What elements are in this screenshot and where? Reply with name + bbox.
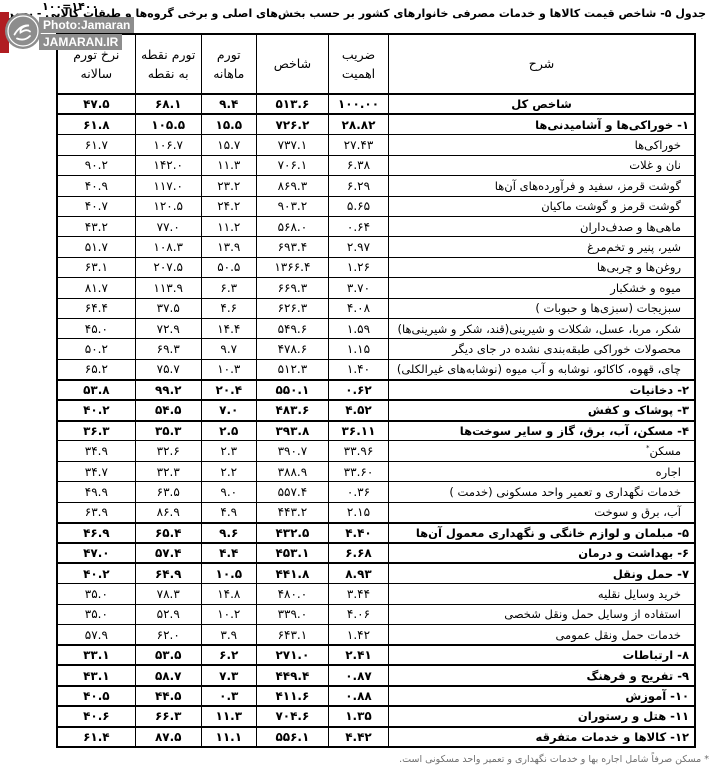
- cell-index: ۶۹۳.۴: [256, 237, 328, 257]
- cell-weight: ۰.۸۸: [328, 686, 388, 706]
- table-row: ۹- تفریح و فرهنگ۰.۸۷۴۴۹.۴۷.۳۵۸.۷۴۳.۱: [57, 665, 695, 685]
- table-row: ۵- مبلمان و لوازم خانگی و نگهداری معمول …: [57, 523, 695, 543]
- table-row: شکر، مربا، عسل، شکلات و شیرینی(قند، شکر …: [57, 318, 695, 338]
- row-label: خرید وسایل نقلیه: [389, 584, 695, 604]
- cell-annual-inflation-rate: ۴۳.۱: [57, 665, 135, 685]
- cell-monthly-inflation: ۱۱.۳: [201, 706, 256, 726]
- cell-point-to-point-inflation: ۱۴۲.۰: [135, 155, 201, 175]
- cell-monthly-inflation: ۶.۲: [201, 645, 256, 665]
- table-row: مسکن*۳۳.۹۶۳۹۰.۷۲.۳۳۲.۶۳۴.۹: [57, 441, 695, 461]
- cell-annual-inflation-rate: ۴۰.۲: [57, 400, 135, 420]
- cell-monthly-inflation: ۲.۳: [201, 441, 256, 461]
- cell-monthly-inflation: ۲۳.۲: [201, 176, 256, 196]
- cell-monthly-inflation: ۱۴.۴: [201, 318, 256, 338]
- row-label: روغن‌ها و چربی‌ها: [389, 257, 695, 277]
- cell-annual-inflation-rate: ۴۰.۲: [57, 563, 135, 583]
- cell-weight: ۱.۴۰: [328, 359, 388, 379]
- jamaran-logo-icon: [5, 13, 41, 49]
- cell-monthly-inflation: ۰.۳: [201, 686, 256, 706]
- row-label: شیر، پنیر و تخم‌مرغ: [389, 237, 695, 257]
- cell-weight: ۰.۶۴: [328, 216, 388, 236]
- housing-footnote: * مسکن صرفاً شامل اجاره بها و خدمات نگهد…: [399, 754, 709, 765]
- row-label: اجاره: [389, 461, 695, 481]
- table-row: خدمات نگهداری و تعمیر واحد مسکونی (خدمت …: [57, 482, 695, 502]
- cell-monthly-inflation: ۳.۹: [201, 625, 256, 645]
- cell-point-to-point-inflation: ۳۲.۳: [135, 461, 201, 481]
- cell-weight: ۳۶.۱۱: [328, 421, 388, 441]
- cell-weight: ۳۳.۹۶: [328, 441, 388, 461]
- cell-index: ۵۶۸.۰: [256, 216, 328, 236]
- header-point-to-point-inflation: تورم نقطه به نقطه: [135, 34, 201, 94]
- cell-point-to-point-inflation: ۳۷.۵: [135, 298, 201, 318]
- cell-monthly-inflation: ۶.۳: [201, 278, 256, 298]
- cell-weight: ۲۸.۸۲: [328, 114, 388, 134]
- cell-index: ۴۴۱.۸: [256, 563, 328, 583]
- cell-annual-inflation-rate: ۵۳.۸: [57, 380, 135, 400]
- table-header: شرح ضریب اهمیت شاخص تورم ماهانه تورم نقط…: [57, 34, 695, 94]
- cell-weight: ۵.۶۵: [328, 196, 388, 216]
- cell-point-to-point-inflation: ۷۵.۷: [135, 359, 201, 379]
- cell-weight: ۴.۴۲: [328, 727, 388, 747]
- row-label: استفاده از وسایل حمل ونقل شخصی: [389, 604, 695, 624]
- cell-index: ۲۷۱.۰: [256, 645, 328, 665]
- cell-annual-inflation-rate: ۴۷.۰: [57, 543, 135, 563]
- row-label: ۷- حمل ونقل: [389, 563, 695, 583]
- cell-annual-inflation-rate: ۴۰.۵: [57, 686, 135, 706]
- page: { "page": { "title": "جدول ۵- شاخص قیمت …: [0, 0, 717, 779]
- cell-weight: ۴.۴۰: [328, 523, 388, 543]
- cell-monthly-inflation: ۱۱.۱: [201, 727, 256, 747]
- cell-annual-inflation-rate: ۳۵.۰: [57, 584, 135, 604]
- cell-annual-inflation-rate: ۴۰.۷: [57, 196, 135, 216]
- cell-point-to-point-inflation: ۵۷.۴: [135, 543, 201, 563]
- cell-annual-inflation-rate: ۴۵.۰: [57, 318, 135, 338]
- base-year-note: ۱۴۰۰=۱۰۰: [42, 0, 98, 13]
- cell-weight: ۱.۳۵: [328, 706, 388, 726]
- cell-weight: ۳.۴۴: [328, 584, 388, 604]
- row-label: محصولات خوراکی طبقه‌بندی نشده در جای دیگ…: [389, 339, 695, 359]
- cell-annual-inflation-rate: ۴۰.۶: [57, 706, 135, 726]
- cell-annual-inflation-rate: ۶۱.۷: [57, 135, 135, 155]
- header-description: شرح: [389, 34, 695, 94]
- cell-point-to-point-inflation: ۶۴.۹: [135, 563, 201, 583]
- cell-monthly-inflation: ۱۱.۳: [201, 155, 256, 175]
- cell-index: ۳۹۰.۷: [256, 441, 328, 461]
- table-row: شاخص کل۱۰۰.۰۰۵۱۳.۶۹.۴۶۸.۱۴۷.۵: [57, 94, 695, 114]
- table-row: ۲- دخانیات۰.۶۲۵۵۰.۱۲۰.۴۹۹.۲۵۳.۸: [57, 380, 695, 400]
- cell-index: ۷۰۴.۶: [256, 706, 328, 726]
- row-label: ۳- پوشاک و کفش: [389, 400, 695, 420]
- watermark-photo-credit: Photo:Jamaran: [39, 17, 134, 33]
- cell-weight: ۱.۵۹: [328, 318, 388, 338]
- cell-weight: ۸.۹۳: [328, 563, 388, 583]
- cell-point-to-point-inflation: ۶۲.۰: [135, 625, 201, 645]
- cell-weight: ۶.۲۹: [328, 176, 388, 196]
- cell-point-to-point-inflation: ۶۶.۳: [135, 706, 201, 726]
- cell-point-to-point-inflation: ۵۳.۵: [135, 645, 201, 665]
- cell-index: ۴۱۱.۶: [256, 686, 328, 706]
- cell-monthly-inflation: ۷.۳: [201, 665, 256, 685]
- row-label: چای، قهوه، کاکائو، نوشابه و آب میوه (نوش…: [389, 359, 695, 379]
- cell-annual-inflation-rate: ۶۳.۱: [57, 257, 135, 277]
- row-label: ۱۰- آموزش: [389, 686, 695, 706]
- cell-index: ۵۵۰.۱: [256, 380, 328, 400]
- table-row: ۷- حمل ونقل۸.۹۳۴۴۱.۸۱۰.۵۶۴.۹۴۰.۲: [57, 563, 695, 583]
- cell-monthly-inflation: ۱۰.۵: [201, 563, 256, 583]
- table-row: نان و غلات۶.۳۸۷۰۶.۱۱۱.۳۱۴۲.۰۹۰.۲: [57, 155, 695, 175]
- row-label: نان و غلات: [389, 155, 695, 175]
- table-row: خوراکی‌ها۲۷.۴۳۷۳۷.۱۱۵.۷۱۰۶.۷۶۱.۷: [57, 135, 695, 155]
- row-label: گوشت قرمز، سفید و فرآورده‌های آن‌ها: [389, 176, 695, 196]
- cell-point-to-point-inflation: ۷۲.۹: [135, 318, 201, 338]
- cell-point-to-point-inflation: ۶۵.۴: [135, 523, 201, 543]
- row-label: ۲- دخانیات: [389, 380, 695, 400]
- table-row: آب، برق و سوخت۲.۱۵۴۴۳.۲۴.۹۸۶.۹۶۳.۹: [57, 502, 695, 522]
- cell-weight: ۶.۳۸: [328, 155, 388, 175]
- row-label: شکر، مربا، عسل، شکلات و شیرینی(قند، شکر …: [389, 318, 695, 338]
- cell-weight: ۱.۲۶: [328, 257, 388, 277]
- row-label: ۱- خوراکی‌ها و آشامیدنی‌ها: [389, 114, 695, 134]
- cell-annual-inflation-rate: ۴۰.۹: [57, 176, 135, 196]
- cell-point-to-point-inflation: ۱۰۶.۷: [135, 135, 201, 155]
- cell-point-to-point-inflation: ۲۰۷.۵: [135, 257, 201, 277]
- cell-monthly-inflation: ۵۰.۵: [201, 257, 256, 277]
- cell-point-to-point-inflation: ۵۴.۵: [135, 400, 201, 420]
- cell-index: ۴۴۹.۴: [256, 665, 328, 685]
- cell-weight: ۲۷.۴۳: [328, 135, 388, 155]
- cell-monthly-inflation: ۴.۶: [201, 298, 256, 318]
- row-label: ۴- مسکن، آب، برق، گاز و سایر سوخت‌ها: [389, 421, 695, 441]
- header-monthly-inflation: تورم ماهانه: [201, 34, 256, 94]
- cell-point-to-point-inflation: ۳۲.۶: [135, 441, 201, 461]
- cell-index: ۵۵۶.۱: [256, 727, 328, 747]
- cell-index: ۵۱۲.۳: [256, 359, 328, 379]
- cell-point-to-point-inflation: ۱۲۰.۵: [135, 196, 201, 216]
- cell-point-to-point-inflation: ۵۲.۹: [135, 604, 201, 624]
- cell-annual-inflation-rate: ۳۳.۱: [57, 645, 135, 665]
- row-label: سبزیجات (سبزی‌ها و حبوبات ): [389, 298, 695, 318]
- cell-annual-inflation-rate: ۳۴.۹: [57, 441, 135, 461]
- table-row: ماهی‌ها و صدف‌داران۰.۶۴۵۶۸.۰۱۱.۲۷۷.۰۴۳.۲: [57, 216, 695, 236]
- cell-weight: ۴.۰۸: [328, 298, 388, 318]
- table-row: گوشت قرمز، سفید و فرآورده‌های آن‌ها۶.۲۹۸…: [57, 176, 695, 196]
- cell-monthly-inflation: ۴.۴: [201, 543, 256, 563]
- cell-monthly-inflation: ۹.۶: [201, 523, 256, 543]
- cell-annual-inflation-rate: ۵۷.۹: [57, 625, 135, 645]
- table-row: ۶- بهداشت و درمان۶.۶۸۴۵۳.۱۴.۴۵۷.۴۴۷.۰: [57, 543, 695, 563]
- cell-index: ۴۷۸.۶: [256, 339, 328, 359]
- row-label: شاخص کل: [389, 94, 695, 114]
- cell-index: ۴۸۰.۰: [256, 584, 328, 604]
- table-row: ۱۱- هتل و رستوران۱.۳۵۷۰۴.۶۱۱.۳۶۶.۳۴۰.۶: [57, 706, 695, 726]
- cell-annual-inflation-rate: ۳۵.۰: [57, 604, 135, 624]
- cell-annual-inflation-rate: ۴۷.۵: [57, 94, 135, 114]
- cell-monthly-inflation: ۹.۴: [201, 94, 256, 114]
- cell-point-to-point-inflation: ۱۰۵.۵: [135, 114, 201, 134]
- cpi-table: شرح ضریب اهمیت شاخص تورم ماهانه تورم نقط…: [56, 33, 696, 748]
- cell-point-to-point-inflation: ۷۸.۳: [135, 584, 201, 604]
- watermark-site-url: JAMARAN.IR: [39, 34, 122, 50]
- cell-annual-inflation-rate: ۶۵.۲: [57, 359, 135, 379]
- cell-point-to-point-inflation: ۷۷.۰: [135, 216, 201, 236]
- cell-point-to-point-inflation: ۸۶.۹: [135, 502, 201, 522]
- cell-annual-inflation-rate: ۶۴.۴: [57, 298, 135, 318]
- table-row: ۴- مسکن، آب، برق، گاز و سایر سوخت‌ها۳۶.۱…: [57, 421, 695, 441]
- cell-monthly-inflation: ۹.۰: [201, 482, 256, 502]
- cell-weight: ۰.۸۷: [328, 665, 388, 685]
- cell-index: ۶۶۹.۳: [256, 278, 328, 298]
- cell-annual-inflation-rate: ۶۱.۴: [57, 727, 135, 747]
- cell-weight: ۲.۹۷: [328, 237, 388, 257]
- table-row: چای، قهوه، کاکائو، نوشابه و آب میوه (نوش…: [57, 359, 695, 379]
- cell-index: ۷۰۶.۱: [256, 155, 328, 175]
- cell-weight: ۴.۵۲: [328, 400, 388, 420]
- table-row: ۱۰- آموزش۰.۸۸۴۱۱.۶۰.۳۴۴.۵۴۰.۵: [57, 686, 695, 706]
- cell-weight: ۱.۱۵: [328, 339, 388, 359]
- cell-weight: ۰.۳۶: [328, 482, 388, 502]
- table-body: شاخص کل۱۰۰.۰۰۵۱۳.۶۹.۴۶۸.۱۴۷.۵۱- خوراکی‌ه…: [57, 94, 695, 747]
- row-label: گوشت قرمز و گوشت ماکیان: [389, 196, 695, 216]
- cell-monthly-inflation: ۲.۲: [201, 461, 256, 481]
- row-label: ۸- ارتباطات: [389, 645, 695, 665]
- cell-point-to-point-inflation: ۵۸.۷: [135, 665, 201, 685]
- table-row: سبزیجات (سبزی‌ها و حبوبات )۴.۰۸۶۲۶.۳۴.۶۳…: [57, 298, 695, 318]
- table-row: خدمات حمل ونقل عمومی۱.۴۲۶۴۳.۱۳.۹۶۲.۰۵۷.۹: [57, 625, 695, 645]
- row-label: ۶- بهداشت و درمان: [389, 543, 695, 563]
- cell-point-to-point-inflation: ۳۵.۳: [135, 421, 201, 441]
- cell-index: ۷۲۶.۲: [256, 114, 328, 134]
- header-weight: ضریب اهمیت: [328, 34, 388, 94]
- cell-annual-inflation-rate: ۸۱.۷: [57, 278, 135, 298]
- row-label: ۱۱- هتل و رستوران: [389, 706, 695, 726]
- cell-index: ۴۳۲.۵: [256, 523, 328, 543]
- cell-weight: ۱۰۰.۰۰: [328, 94, 388, 114]
- cell-annual-inflation-rate: ۴۹.۹: [57, 482, 135, 502]
- cell-index: ۳۹۳.۸: [256, 421, 328, 441]
- cell-point-to-point-inflation: ۱۱۷.۰: [135, 176, 201, 196]
- row-label: ماهی‌ها و صدف‌داران: [389, 216, 695, 236]
- table-row: روغن‌ها و چربی‌ها۱.۲۶۱۳۶۶.۴۵۰.۵۲۰۷.۵۶۳.۱: [57, 257, 695, 277]
- cell-weight: ۳.۷۰: [328, 278, 388, 298]
- cell-monthly-inflation: ۱۵.۵: [201, 114, 256, 134]
- table-row: محصولات خوراکی طبقه‌بندی نشده در جای دیگ…: [57, 339, 695, 359]
- cell-annual-inflation-rate: ۵۰.۲: [57, 339, 135, 359]
- cell-index: ۳۸۸.۹: [256, 461, 328, 481]
- table-row: میوه و خشکبار۳.۷۰۶۶۹.۳۶.۳۱۱۳.۹۸۱.۷: [57, 278, 695, 298]
- table-row: گوشت قرمز و گوشت ماکیان۵.۶۵۹۰۳.۲۲۴.۲۱۲۰.…: [57, 196, 695, 216]
- cell-index: ۸۶۹.۳: [256, 176, 328, 196]
- cell-annual-inflation-rate: ۴۳.۲: [57, 216, 135, 236]
- cell-monthly-inflation: ۲۰.۴: [201, 380, 256, 400]
- cell-weight: ۲.۱۵: [328, 502, 388, 522]
- cell-monthly-inflation: ۱۰.۲: [201, 604, 256, 624]
- cell-point-to-point-inflation: ۴۴.۵: [135, 686, 201, 706]
- table-row: ۱۲- کالاها و خدمات متفرقه۴.۴۲۵۵۶.۱۱۱.۱۸۷…: [57, 727, 695, 747]
- cell-index: ۵۵۷.۴: [256, 482, 328, 502]
- cell-point-to-point-inflation: ۶۳.۵: [135, 482, 201, 502]
- row-label: خدمات حمل ونقل عمومی: [389, 625, 695, 645]
- cell-index: ۵۱۳.۶: [256, 94, 328, 114]
- cell-weight: ۳۳.۶۰: [328, 461, 388, 481]
- cell-monthly-inflation: ۱۱.۲: [201, 216, 256, 236]
- cell-index: ۴۴۳.۲: [256, 502, 328, 522]
- table-row: ۸- ارتباطات۲.۴۱۲۷۱.۰۶.۲۵۳.۵۳۳.۱: [57, 645, 695, 665]
- table-row: اجاره۳۳.۶۰۳۸۸.۹۲.۲۳۲.۳۳۴.۷: [57, 461, 695, 481]
- row-label: خدمات نگهداری و تعمیر واحد مسکونی (خدمت …: [389, 482, 695, 502]
- cell-weight: ۴.۰۶: [328, 604, 388, 624]
- cell-monthly-inflation: ۲.۵: [201, 421, 256, 441]
- table-row: شیر، پنیر و تخم‌مرغ۲.۹۷۶۹۳.۴۱۳.۹۱۰۸.۳۵۱.…: [57, 237, 695, 257]
- cell-weight: ۲.۴۱: [328, 645, 388, 665]
- table-row: استفاده از وسایل حمل ونقل شخصی۴.۰۶۳۳۹.۰۱…: [57, 604, 695, 624]
- row-label: ۹- تفریح و فرهنگ: [389, 665, 695, 685]
- table-row: خرید وسایل نقلیه۳.۴۴۴۸۰.۰۱۴.۸۷۸.۳۳۵.۰: [57, 584, 695, 604]
- cell-weight: ۱.۴۲: [328, 625, 388, 645]
- cell-point-to-point-inflation: ۱۱۳.۹: [135, 278, 201, 298]
- cell-annual-inflation-rate: ۶۳.۹: [57, 502, 135, 522]
- row-label: ۵- مبلمان و لوازم خانگی و نگهداری معمول …: [389, 523, 695, 543]
- header-index: شاخص: [256, 34, 328, 94]
- cell-index: ۶۲۶.۳: [256, 298, 328, 318]
- table-row: ۳- پوشاک و کفش۴.۵۲۴۸۳.۶۷.۰۵۴.۵۴۰.۲: [57, 400, 695, 420]
- cell-annual-inflation-rate: ۳۴.۷: [57, 461, 135, 481]
- cell-annual-inflation-rate: ۴۶.۹: [57, 523, 135, 543]
- cell-annual-inflation-rate: ۵۱.۷: [57, 237, 135, 257]
- cell-index: ۴۸۳.۶: [256, 400, 328, 420]
- row-label: میوه و خشکبار: [389, 278, 695, 298]
- cell-monthly-inflation: ۱۴.۸: [201, 584, 256, 604]
- cell-point-to-point-inflation: ۶۸.۱: [135, 94, 201, 114]
- cell-index: ۷۳۷.۱: [256, 135, 328, 155]
- cell-index: ۶۴۳.۱: [256, 625, 328, 645]
- row-label: آب، برق و سوخت: [389, 502, 695, 522]
- cell-monthly-inflation: ۱۵.۷: [201, 135, 256, 155]
- cell-index: ۴۵۳.۱: [256, 543, 328, 563]
- row-label: ۱۲- کالاها و خدمات متفرقه: [389, 727, 695, 747]
- cell-index: ۹۰۳.۲: [256, 196, 328, 216]
- cell-index: ۵۴۹.۶: [256, 318, 328, 338]
- row-label: خوراکی‌ها: [389, 135, 695, 155]
- cell-annual-inflation-rate: ۹۰.۲: [57, 155, 135, 175]
- cell-index: ۱۳۶۶.۴: [256, 257, 328, 277]
- row-label: مسکن*: [389, 441, 695, 461]
- cell-point-to-point-inflation: ۹۹.۲: [135, 380, 201, 400]
- cell-monthly-inflation: ۷.۰: [201, 400, 256, 420]
- cell-monthly-inflation: ۴.۹: [201, 502, 256, 522]
- cell-monthly-inflation: ۹.۷: [201, 339, 256, 359]
- cell-index: ۳۳۹.۰: [256, 604, 328, 624]
- cell-annual-inflation-rate: ۶۱.۸: [57, 114, 135, 134]
- cell-annual-inflation-rate: ۳۶.۳: [57, 421, 135, 441]
- cell-monthly-inflation: ۱۰.۳: [201, 359, 256, 379]
- table-row: ۱- خوراکی‌ها و آشامیدنی‌ها۲۸.۸۲۷۲۶.۲۱۵.۵…: [57, 114, 695, 134]
- cell-point-to-point-inflation: ۶۹.۳: [135, 339, 201, 359]
- cell-monthly-inflation: ۱۳.۹: [201, 237, 256, 257]
- cell-weight: ۶.۶۸: [328, 543, 388, 563]
- cell-weight: ۰.۶۲: [328, 380, 388, 400]
- cell-point-to-point-inflation: ۸۷.۵: [135, 727, 201, 747]
- cell-monthly-inflation: ۲۴.۲: [201, 196, 256, 216]
- cell-point-to-point-inflation: ۱۰۸.۳: [135, 237, 201, 257]
